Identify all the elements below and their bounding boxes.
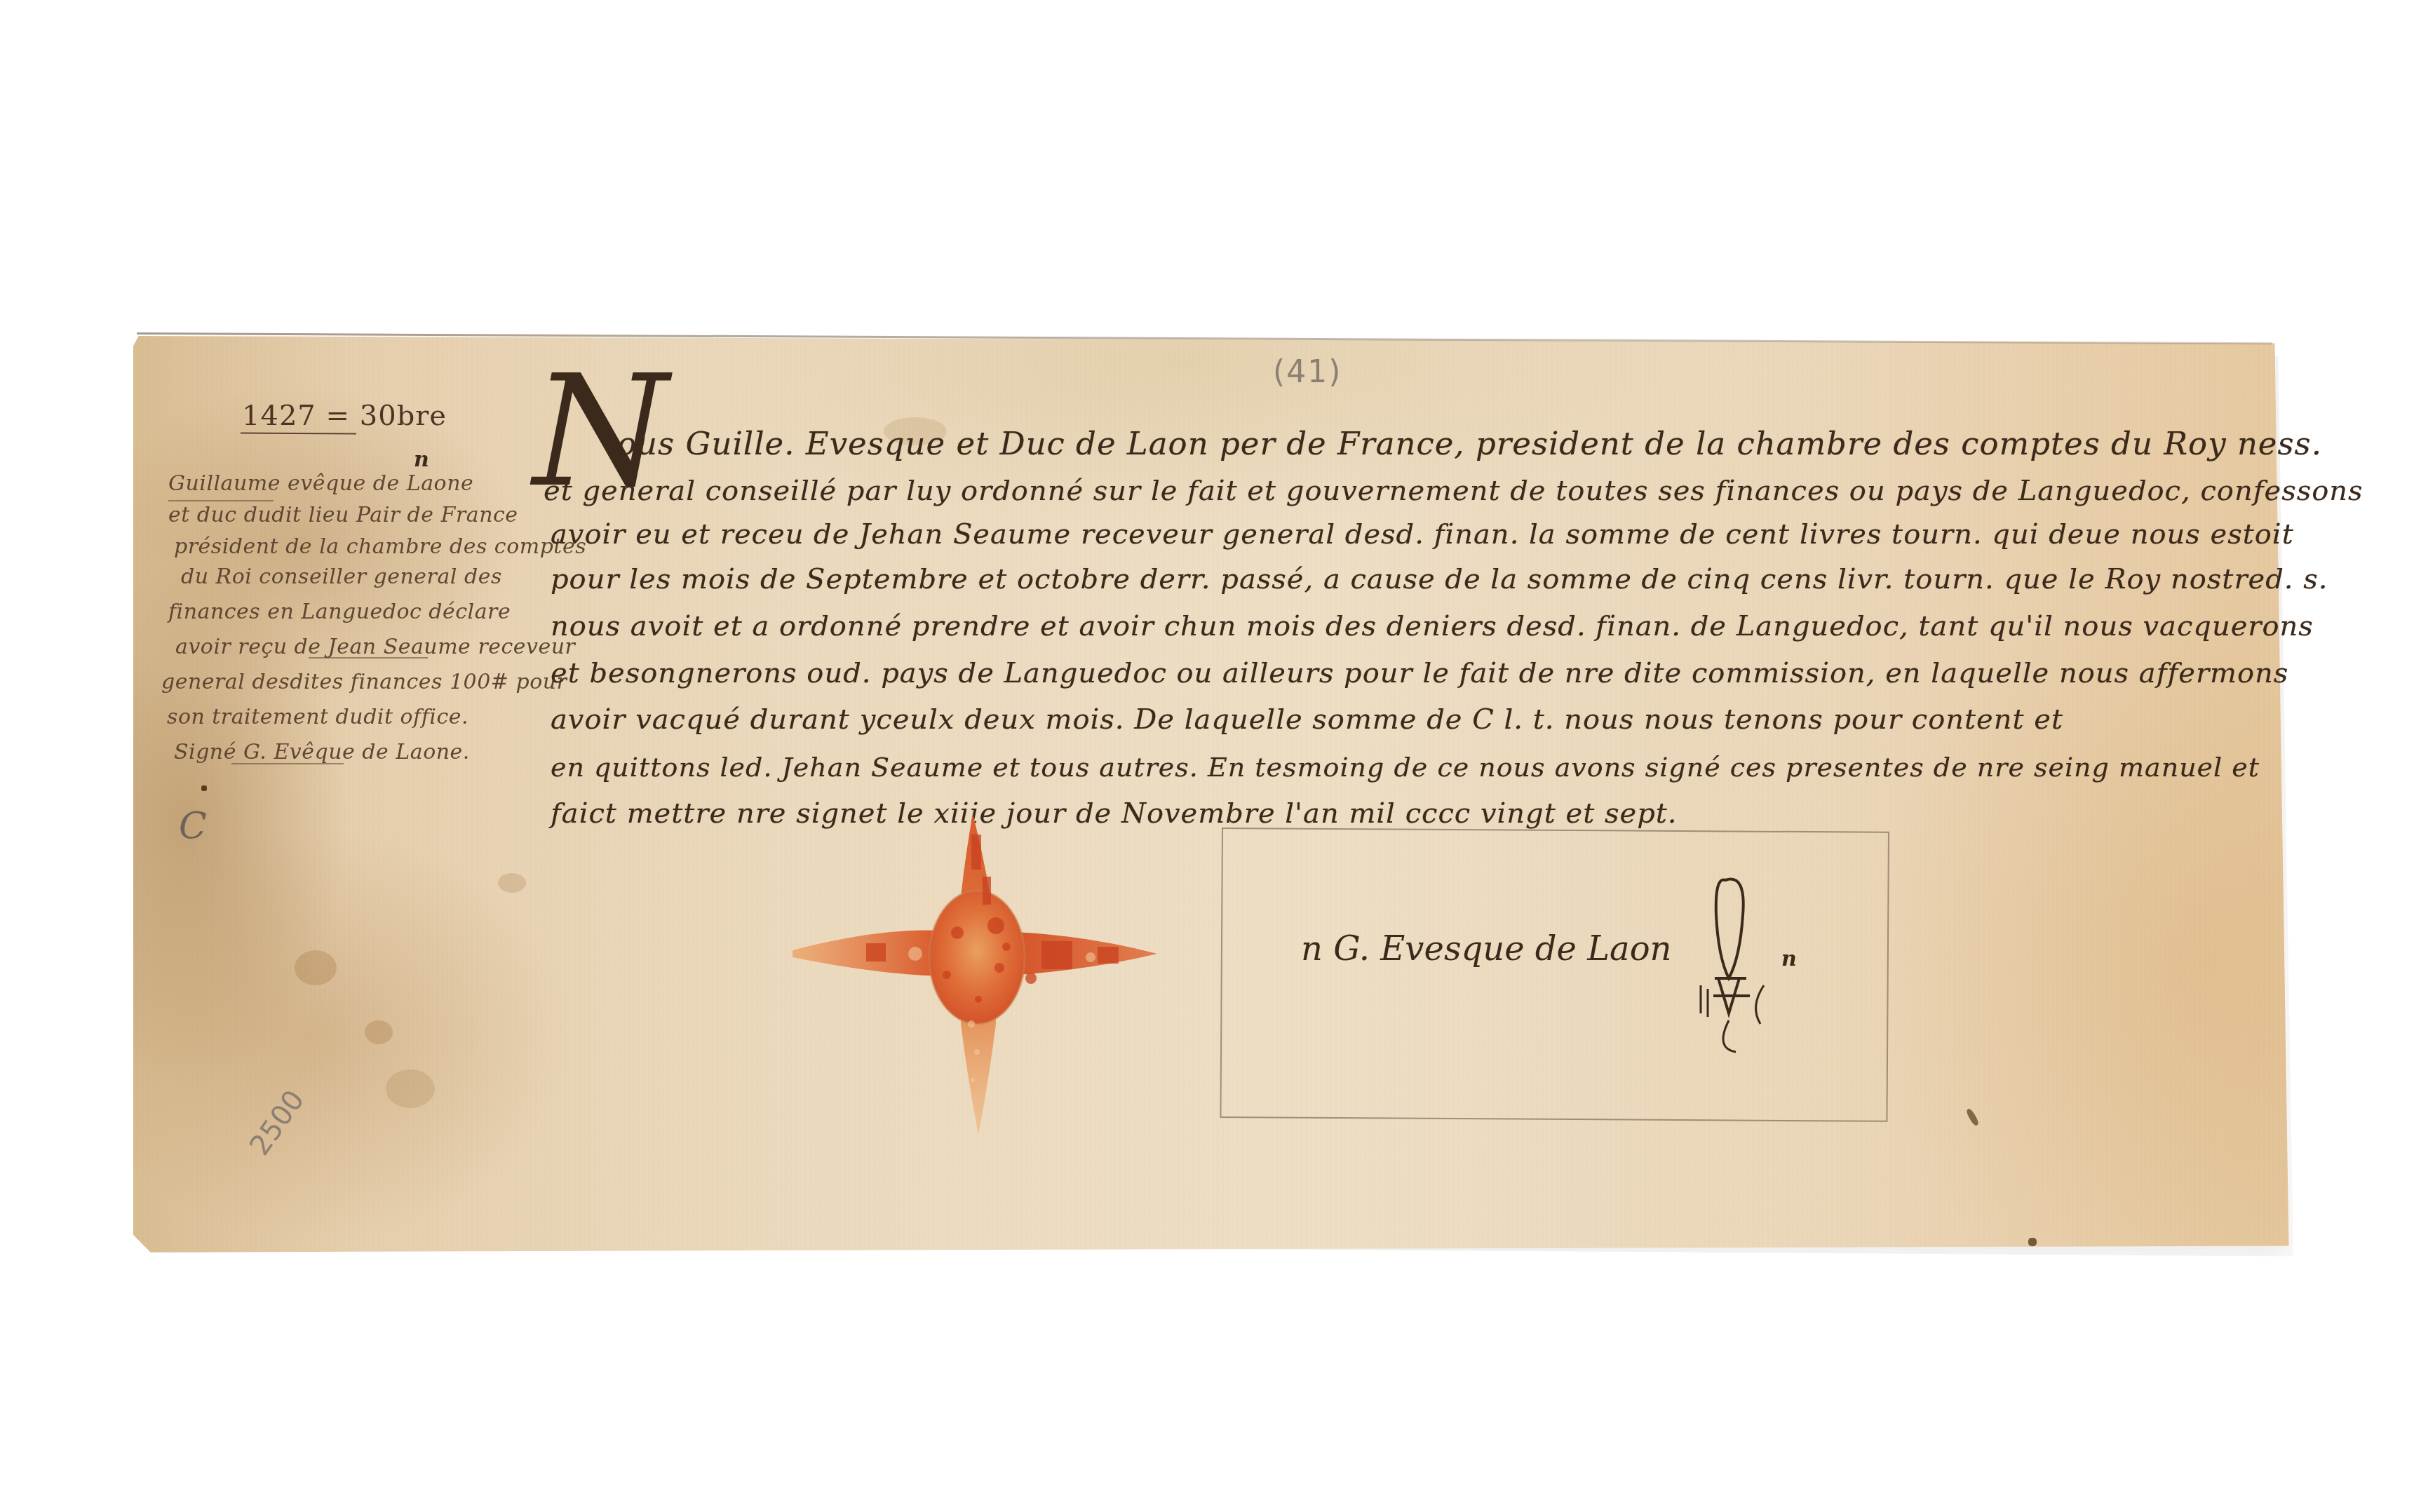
foxing-stain bbox=[295, 950, 337, 985]
main-text-line-1: ous Guille. Evesque et Duc de Laon per d… bbox=[617, 428, 2322, 459]
signature-box-outline bbox=[1220, 828, 1889, 1122]
ink-spot bbox=[201, 785, 207, 791]
folio-number: (41) bbox=[1273, 354, 1342, 390]
main-text-line-7: avoir vacqué durant yceulx deux mois. De… bbox=[551, 706, 2063, 734]
corner-mark: C bbox=[179, 805, 207, 847]
margin-summary-line: du Roi conseiller general des bbox=[181, 565, 502, 589]
margin-name-underline bbox=[168, 500, 274, 501]
margin-summary-line: avoir reçu de Jean Seaume receveur bbox=[175, 635, 575, 659]
ink-spot bbox=[2028, 1238, 2037, 1246]
main-text-line-5: nous avoit et a ordonné prendre et avoir… bbox=[551, 612, 2314, 640]
margin-name-underline bbox=[309, 657, 428, 659]
margin-summary-line: finances en Languedoc déclare bbox=[168, 600, 511, 624]
photo-background: 1427 = 30bre n Guillaume evêque de Laone… bbox=[0, 0, 2421, 1512]
signature-text: n G. Evesque de Laon bbox=[1301, 929, 1672, 968]
main-text-line-2: et general conseillé par luy ordonné sur… bbox=[544, 477, 2363, 505]
red-wax-seal bbox=[789, 814, 1161, 1136]
date-heading: 1427 = 30bre bbox=[242, 400, 447, 432]
foxing-stain bbox=[365, 1020, 393, 1044]
signature-paraph-icon bbox=[1687, 873, 1771, 1055]
foxing-stain bbox=[386, 1069, 435, 1108]
margin-summary-line: general desdites finances 100# pour bbox=[161, 670, 567, 694]
margin-summary-line: Guillaume evêque de Laone bbox=[168, 471, 473, 496]
margin-summary-line: président de la chambre des comptes bbox=[174, 534, 586, 559]
foxing-stain bbox=[498, 873, 526, 893]
margin-mark: n bbox=[414, 447, 429, 472]
main-text-line-3: avoir eu et receu de Jehan Seaume receve… bbox=[551, 520, 2294, 548]
margin-signature-underline bbox=[231, 763, 344, 764]
main-text-line-6: et besongnerons oud. pays de Languedoc o… bbox=[551, 659, 2288, 687]
main-text-line-8: en quittons led. Jehan Seaume et tous au… bbox=[551, 754, 2260, 781]
margin-summary-line: son traitement dudit office. bbox=[167, 705, 468, 729]
signature-suffix: n bbox=[1781, 947, 1798, 971]
main-text-line-4: pour les mois de Septembre et octobre de… bbox=[551, 565, 2328, 593]
margin-summary-line: et duc dudit lieu Pair de France bbox=[168, 503, 518, 527]
margin-summary-line: Signé G. Evêque de Laone. bbox=[174, 740, 470, 764]
ink-spot bbox=[1965, 1107, 1980, 1126]
